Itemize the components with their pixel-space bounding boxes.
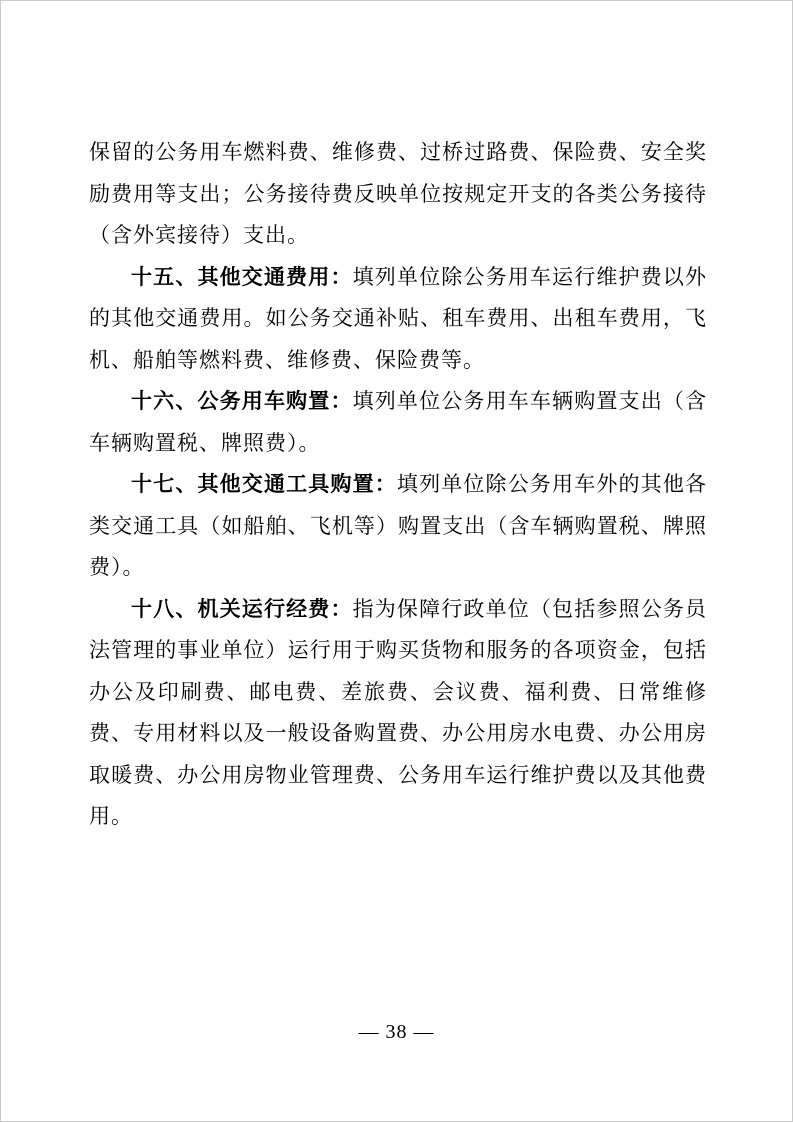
section-16-heading: 十六、公务用车购置： [131, 389, 353, 413]
section-17-heading: 十七、其他交通工具购置： [131, 472, 397, 496]
page-number: — 38 — [1, 1019, 792, 1045]
paragraph-section-17: 十七、其他交通工具购置：填列单位除公务用车外的其他各类交通工具（如船舶、飞机等）… [89, 464, 707, 589]
paragraph-section-18: 十八、机关运行经费：指为保障行政单位（包括参照公务员法管理的事业单位）运行用于购… [89, 589, 707, 838]
document-page: 保留的公务用车燃料费、维修费、过桥过路费、保险费、安全奖励费用等支出；公务接待费… [0, 0, 793, 1122]
paragraph-text: 指为保障行政单位（包括参照公务员法管理的事业单位）运行用于购买货物和服务的各项资… [89, 597, 707, 829]
section-15-heading: 十五、其他交通费用： [131, 265, 353, 289]
paragraph-section-16: 十六、公务用车购置：填列单位公务用车车辆购置支出（含车辆购置税、牌照费）。 [89, 381, 707, 464]
paragraph-text: 保留的公务用车燃料费、维修费、过桥过路费、保险费、安全奖励费用等支出；公务接待费… [89, 140, 707, 247]
document-body: 保留的公务用车燃料费、维修费、过桥过路费、保险费、安全奖励费用等支出；公务接待费… [89, 132, 707, 838]
paragraph-section-15: 十五、其他交通费用：填列单位除公务用车运行维护费以外的其他交通费用。如公务交通补… [89, 257, 707, 382]
paragraph-continuation: 保留的公务用车燃料费、维修费、过桥过路费、保险费、安全奖励费用等支出；公务接待费… [89, 132, 707, 257]
section-18-heading: 十八、机关运行经费： [131, 597, 353, 621]
